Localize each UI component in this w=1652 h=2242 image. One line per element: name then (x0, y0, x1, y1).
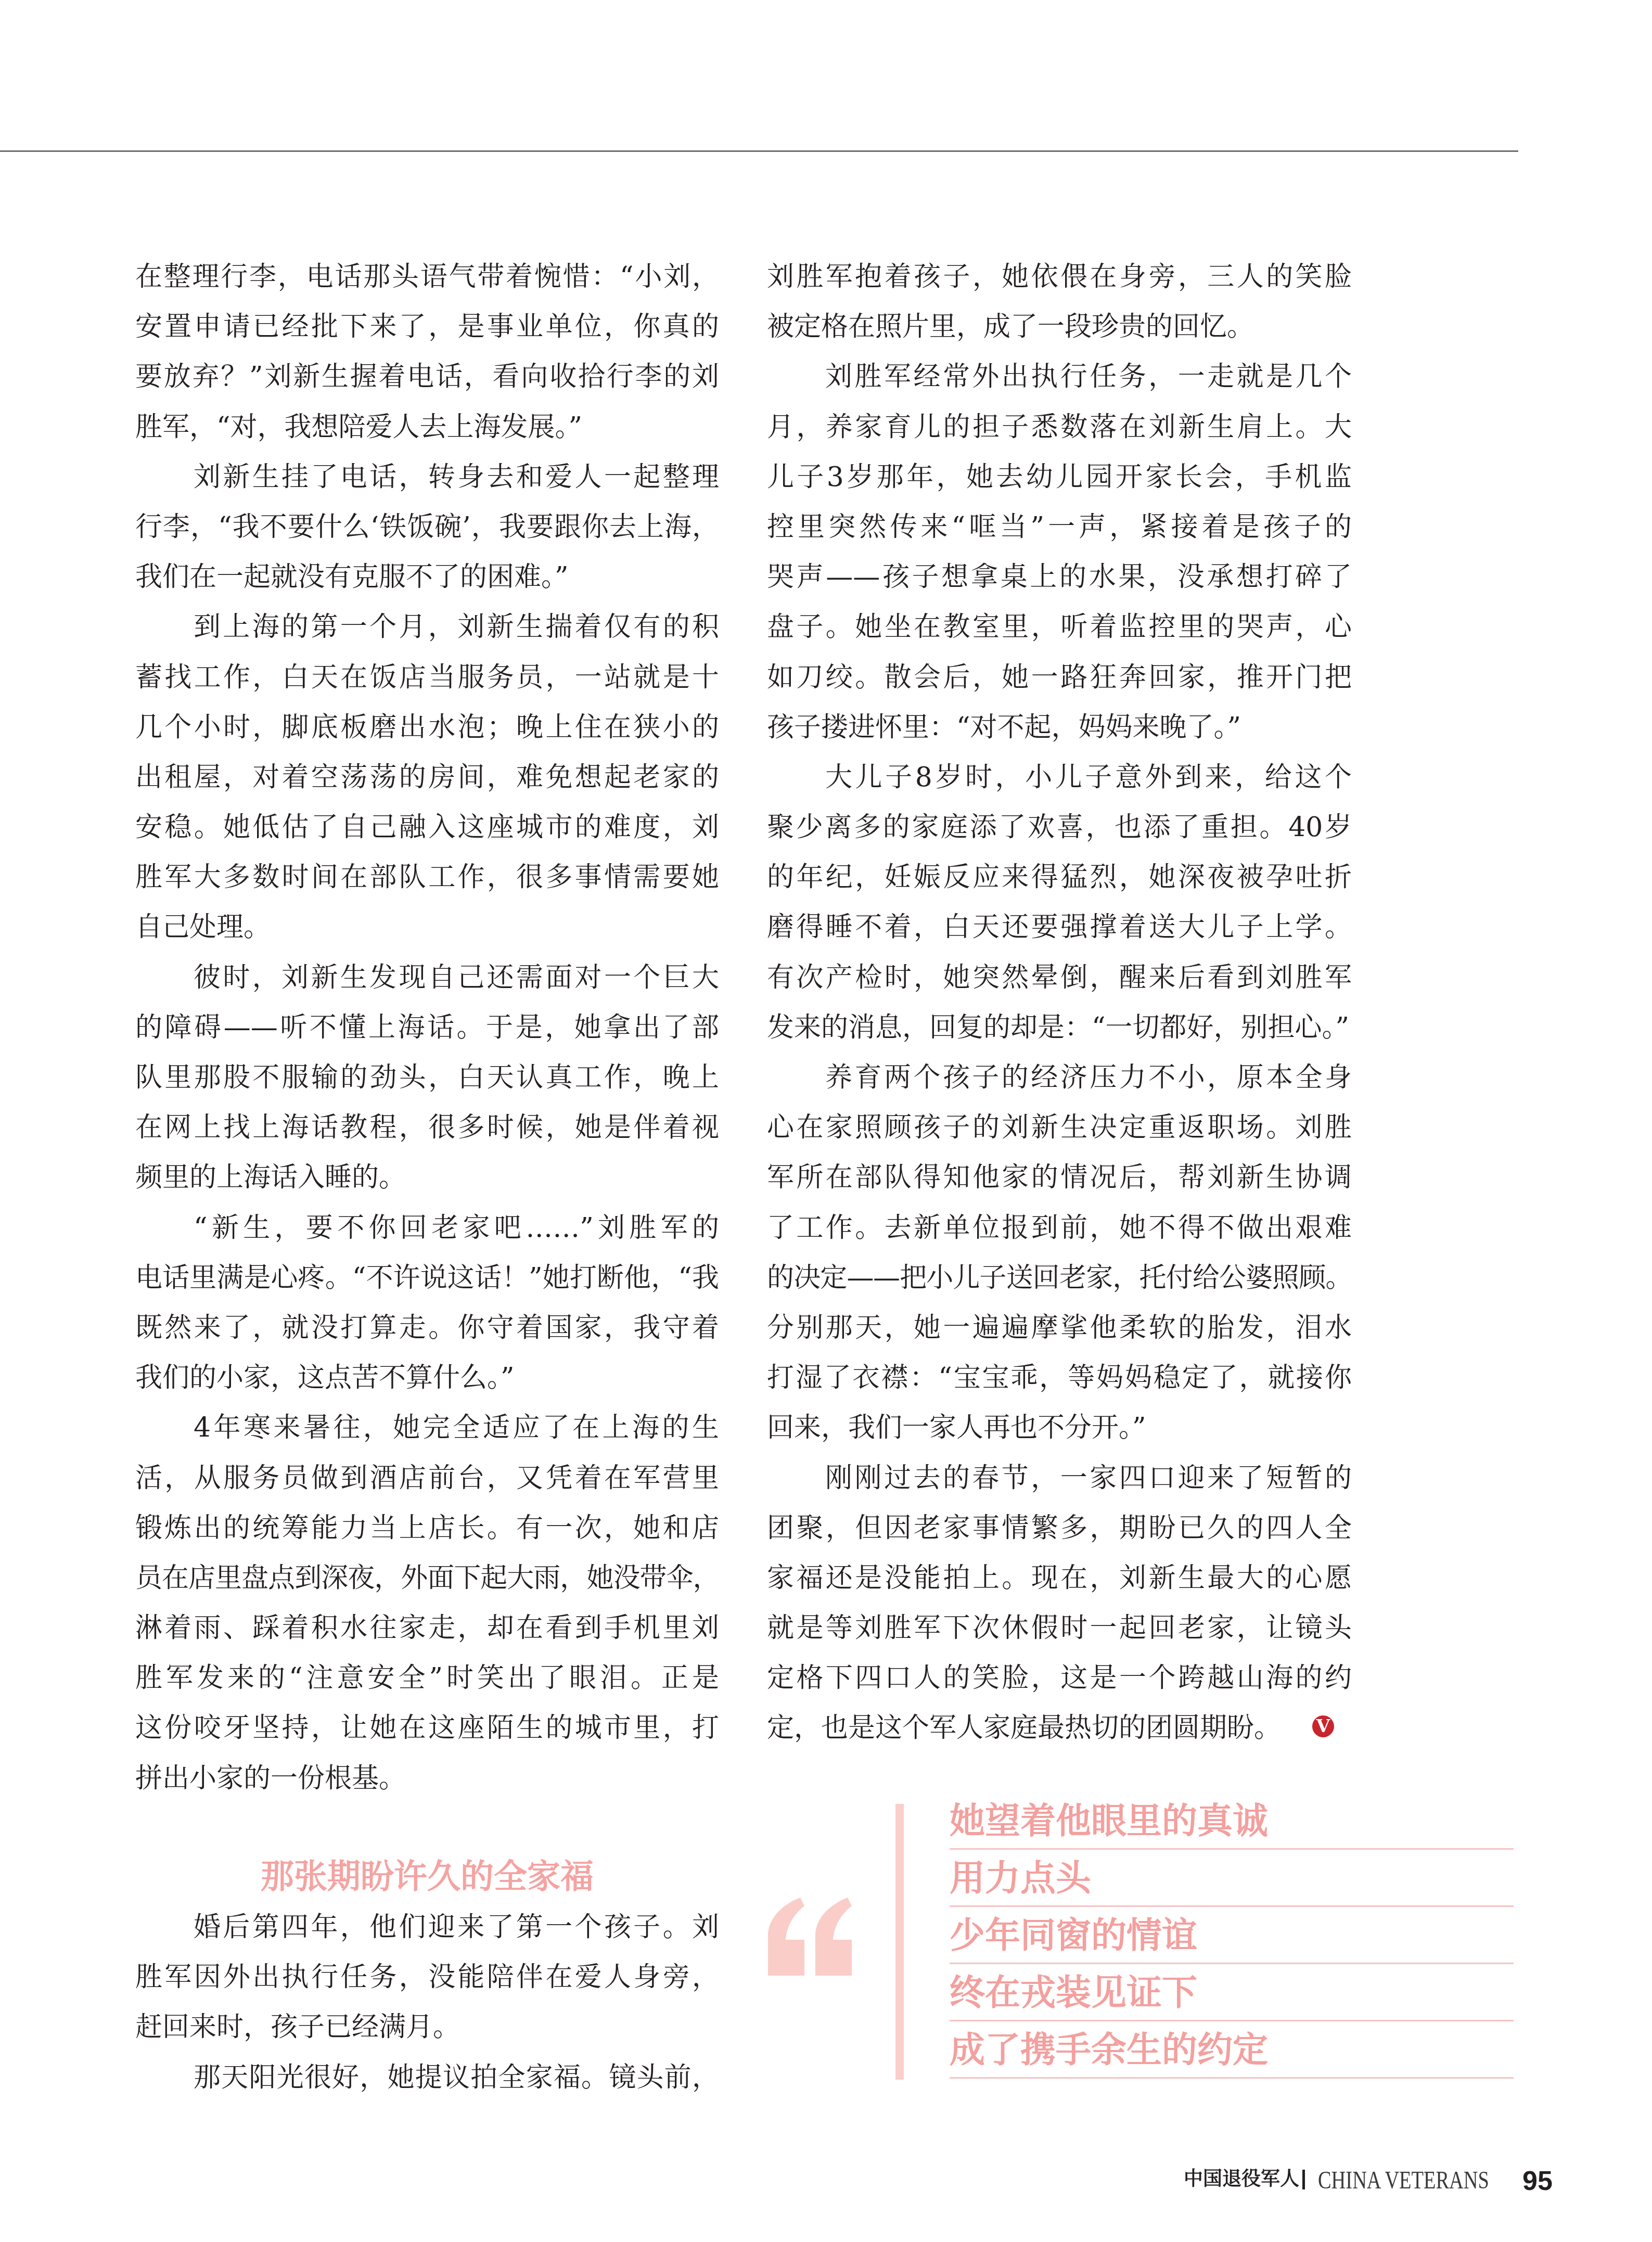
page-number: 95 (1522, 2168, 1553, 2195)
text-line: 发来的消息，回复的却是：“一切都好，别担心。” (767, 1003, 1352, 1053)
text-line: 回来，我们一家人再也不分开。” (767, 1403, 1352, 1453)
text-line: 心在家照顾孩子的刘新生决定重返职场。刘胜 (767, 1103, 1352, 1152)
text-line: 自己处理。 (135, 902, 719, 952)
paragraph: 到上海的第一个月，刘新生揣着仅有的积 蓄找工作，白天在饭店当服务员，一站就是十 … (135, 602, 719, 952)
text-line: 刘胜军经常外出执行任务，一走就是几个 (767, 352, 1352, 402)
text-line: 刘胜军抱着孩子，她依偎在身旁，三人的笑脸 (767, 252, 1352, 302)
text-line: 养育两个孩子的经济压力不小，原本全身 (767, 1053, 1352, 1103)
text-line: 胜军发来的“注意安全”时笑出了眼泪。正是 (135, 1653, 719, 1703)
text-line: 安稳。她低估了自己融入这座城市的难度，刘 (135, 802, 719, 852)
pull-quote-line: 成了携手余生的约定 (950, 2021, 1514, 2079)
text-line: 蓄找工作，白天在饭店当服务员，一站就是十 (135, 652, 719, 702)
pull-quote: 她望着他眼里的真诚 用力点头 少年同窗的情谊 终在戎装见证下 成了携手余生的约定 (950, 1792, 1514, 2079)
text-line: 家福还是没能拍上。现在，刘新生最大的心愿 (767, 1553, 1352, 1603)
text-line: 我们的小家，这点苦不算什么。” (135, 1353, 719, 1403)
pull-quote-line: 她望着他眼里的真诚 (950, 1792, 1514, 1850)
text-line: 控里突然传来“哐当”一声，紧接着是孩子的 (767, 502, 1352, 552)
text-line: 赶回来时，孩子已经满月。 (135, 2002, 719, 2052)
text-line: 行李，“我不要什么‘铁饭碗’，我要跟你去上海， (135, 502, 719, 552)
paragraph: 刘新生挂了电话，转身去和爱人一起整理 行李，“我不要什么‘铁饭碗’，我要跟你去上… (135, 452, 719, 603)
text-line: 员在店里盘点到深夜，外面下起大雨，她没带伞， (135, 1553, 719, 1603)
text-line: 胜军，“对，我想陪爱人去上海发展。” (135, 402, 719, 452)
text-line: 刘新生挂了电话，转身去和爱人一起整理 (135, 452, 719, 502)
right-column: 刘胜军抱着孩子，她依偎在身旁，三人的笑脸 被定格在照片里，成了一段珍贵的回忆。 … (767, 252, 1352, 1753)
left-column: 在整理行李，电话那头语气带着惋惜：“小刘， 安置申请已经批下来了，是事业单位，你… (135, 252, 719, 1803)
text-line: 队里那股不服输的劲头，白天认真工作，晚上 (135, 1053, 719, 1103)
left-column-section: 婚后第四年，他们迎来了第一个孩子。刘 胜军因外出执行任务，没能陪伴在爱人身旁， … (135, 1902, 719, 2103)
text-line: 定格下四口人的笑脸，这是一个跨越山海的约 (767, 1653, 1352, 1703)
text-line: 大儿子8岁时，小儿子意外到来，给这个 (767, 752, 1352, 802)
text-line: 我们在一起就没有克服不了的困难。” (135, 552, 719, 602)
text-line: 月，养家育儿的担子悉数落在刘新生肩上。大 (767, 402, 1352, 452)
text-line: 定，也是这个军人家庭最热切的团圆期盼。 (767, 1703, 1352, 1753)
magazine-name-cn: 中国退役军人 (1184, 2169, 1299, 2189)
text-line: 出租屋，对着空荡荡的房间，难免想起老家的 (135, 752, 719, 802)
pull-quote-bar (895, 1804, 904, 2080)
text-line: 的障碍——听不懂上海话。于是，她拿出了部 (135, 1003, 719, 1053)
paragraph: 4年寒来暑往，她完全适应了在上海的生 活，从服务员做到酒店前台，又凭着在军营里 … (135, 1403, 719, 1803)
text-line: 在整理行李，电话那头语气带着惋惜：“小刘， (135, 252, 719, 302)
text-line: 团聚，但因老家事情繁多，期盼已久的四人全 (767, 1503, 1352, 1553)
header-rule (0, 150, 1518, 152)
footer-divider (1302, 2170, 1305, 2189)
paragraph: 刘胜军抱着孩子，她依偎在身旁，三人的笑脸 被定格在照片里，成了一段珍贵的回忆。 (767, 252, 1352, 352)
paragraph: “新生，要不你回老家吧……”刘胜军的 电话里满是心疼。“不许说这话！”她打断他，… (135, 1203, 719, 1403)
text-line: 安置申请已经批下来了，是事业单位，你真的 (135, 302, 719, 352)
text-line: 胜军大多数时间在部队工作，很多事情需要她 (135, 852, 719, 902)
pull-quote-line: 终在戎装见证下 (950, 1964, 1514, 2021)
text-line: 到上海的第一个月，刘新生揣着仅有的积 (135, 602, 719, 652)
text-line: 有次产检时，她突然晕倒，醒来后看到刘胜军 (767, 953, 1352, 1003)
text-line: 几个小时，脚底板磨出水泡；晚上住在狭小的 (135, 702, 719, 752)
text-line: 要放弃？”刘新生握着电话，看向收拾行李的刘 (135, 352, 719, 402)
text-line: 孩子搂进怀里：“对不起，妈妈来晚了。” (767, 702, 1352, 752)
magazine-page: 在整理行李，电话那头语气带着惋惜：“小刘， 安置申请已经批下来了，是事业单位，你… (0, 0, 1652, 2242)
text-line: 胜军因外出执行任务，没能陪伴在爱人身旁， (135, 1952, 719, 2002)
text-line: 聚少离多的家庭添了欢喜，也添了重担。40岁 (767, 802, 1352, 852)
section-heading: 那张期盼许久的全家福 (135, 1855, 719, 1898)
paragraph: 养育两个孩子的经济压力不小，原本全身 心在家照顾孩子的刘新生决定重返职场。刘胜 … (767, 1053, 1352, 1453)
text-line: 在网上找上海话教程，很多时候，她是伴着视 (135, 1103, 719, 1152)
text-line: 分别那天，她一遍遍摩挲他柔软的胎发，泪水 (767, 1303, 1352, 1353)
text-line: “新生，要不你回老家吧……”刘胜军的 (135, 1203, 719, 1253)
text-line: 电话里满是心疼。“不许说这话！”她打断他，“我 (135, 1253, 719, 1303)
paragraph: 婚后第四年，他们迎来了第一个孩子。刘 胜军因外出执行任务，没能陪伴在爱人身旁， … (135, 1902, 719, 2053)
text-line: 的决定——把小儿子送回老家，托付给公婆照顾。 (767, 1253, 1352, 1303)
text-line: 盘子。她坐在教室里，听着监控里的哭声，心 (767, 602, 1352, 652)
quote-mark-icon (768, 1898, 852, 1976)
paragraph: 刚刚过去的春节，一家四口迎来了短暂的 团聚，但因老家事情繁多，期盼已久的四人全 … (767, 1453, 1352, 1753)
paragraph: 彼时，刘新生发现自己还需面对一个巨大 的障碍——听不懂上海话。于是，她拿出了部 … (135, 953, 719, 1203)
text-line: 刚刚过去的春节，一家四口迎来了短暂的 (767, 1453, 1352, 1503)
text-line: 军所在部队得知他家的情况后，帮刘新生协调 (767, 1152, 1352, 1202)
text-line: 婚后第四年，他们迎来了第一个孩子。刘 (135, 1902, 719, 1952)
text-line: 活，从服务员做到酒店前台，又凭着在军营里 (135, 1453, 719, 1503)
text-line: 那天阳光很好，她提议拍全家福。镜头前， (135, 2053, 719, 2103)
text-line: 锻炼出的统筹能力当上店长。有一次，她和店 (135, 1503, 719, 1553)
text-line: 彼时，刘新生发现自己还需面对一个巨大 (135, 953, 719, 1003)
text-line: 哭声——孩子想拿桌上的水果，没承想打碎了 (767, 552, 1352, 602)
text-line: 磨得睡不着，白天还要强撑着送大儿子上学。 (767, 902, 1352, 952)
text-line: 4年寒来暑往，她完全适应了在上海的生 (135, 1403, 719, 1453)
magazine-name-en: CHINA VETERANS (1318, 2168, 1489, 2193)
paragraph: 刘胜军经常外出执行任务，一走就是几个 月，养家育儿的担子悉数落在刘新生肩上。大 … (767, 352, 1352, 752)
text-line: 如刀绞。散会后，她一路狂奔回家，推开门把 (767, 652, 1352, 702)
text-line: 就是等刘胜军下次休假时一起回老家，让镜头 (767, 1603, 1352, 1653)
text-line: 频里的上海话入睡的。 (135, 1152, 719, 1202)
text-line: 既然来了，就没打算走。你守着国家，我守着 (135, 1303, 719, 1353)
end-mark-icon: V (1312, 1715, 1334, 1737)
text-line: 拼出小家的一份根基。 (135, 1753, 719, 1803)
text-line: 打湿了衣襟：“宝宝乖，等妈妈稳定了，就接你 (767, 1353, 1352, 1403)
pull-quote-line: 少年同窗的情谊 (950, 1907, 1514, 1964)
text-line: 被定格在照片里，成了一段珍贵的回忆。 (767, 302, 1352, 352)
text-line: 淋着雨、踩着积水往家走，却在看到手机里刘 (135, 1603, 719, 1653)
text-line: 儿子3岁那年，她去幼儿园开家长会，手机监 (767, 452, 1352, 502)
pull-quote-line: 用力点头 (950, 1850, 1514, 1907)
text-line: 的年纪，妊娠反应来得猛烈，她深夜被孕吐折 (767, 852, 1352, 902)
paragraph: 在整理行李，电话那头语气带着惋惜：“小刘， 安置申请已经批下来了，是事业单位，你… (135, 252, 719, 452)
paragraph: 大儿子8岁时，小儿子意外到来，给这个 聚少离多的家庭添了欢喜，也添了重担。40岁… (767, 752, 1352, 1053)
text-line: 了工作。去新单位报到前，她不得不做出艰难 (767, 1203, 1352, 1253)
paragraph: 那天阳光很好，她提议拍全家福。镜头前， (135, 2053, 719, 2103)
text-line: 这份咬牙坚持，让她在这座陌生的城市里，打 (135, 1703, 719, 1753)
